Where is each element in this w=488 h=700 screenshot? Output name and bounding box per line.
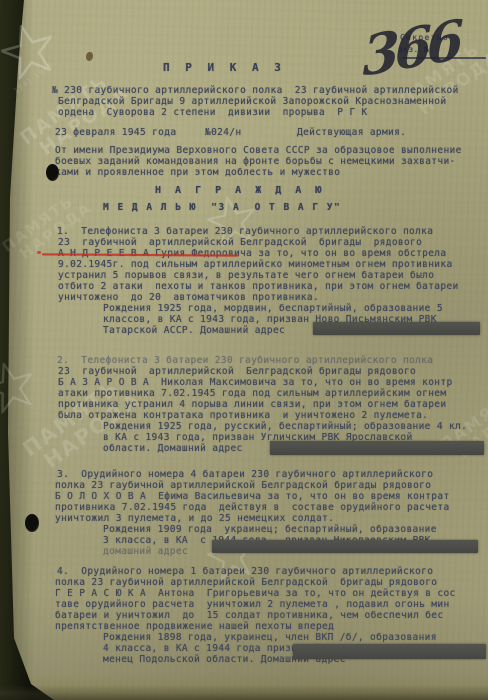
- award-heading: Н А Г Р А Ж Д А Ю: [155, 186, 325, 196]
- document-line: ордена Суворова 2 степени дивизии прорыв…: [58, 108, 368, 118]
- document-line: противника устранил 4 порыва линии связи…: [58, 400, 446, 410]
- awardee-name-line: Б А З А Р О В А Николая Максимовича за т…: [58, 378, 453, 388]
- document-line: батареи и уничтожил до 15 солдат противн…: [55, 611, 443, 621]
- document-line: ками и проявленное при этом доблесть и м…: [55, 168, 340, 178]
- document-line: полка 23 гаубичной артиллерийской Белгра…: [55, 578, 437, 588]
- document-line: 3. Орудийного номера 4 батареи 230 гауби…: [57, 470, 433, 480]
- red-pencil-dot: [37, 251, 41, 254]
- document-line: Белградской Бригады 9 артиллерийской Зап…: [58, 97, 446, 107]
- document-line: противника 7.02.1945 года действуя в сос…: [55, 503, 450, 513]
- document-line: уничтожил 3 пулемета, и до 25 немецких с…: [55, 514, 334, 524]
- redaction-bar: [293, 644, 486, 659]
- punch-hole: [46, 164, 59, 181]
- scanned-document-page: { "stamp": { "secret_label": "Секретно",…: [0, 0, 488, 700]
- document-line: 23 гаубичной артиллерийской Белградской …: [58, 238, 422, 248]
- army-note: Действующая армия.: [297, 128, 406, 138]
- document-line: Рождения 1925 года, русский, беспартийны…: [103, 422, 467, 432]
- document-line: Рождения 1909 года украинец; беспартийны…: [103, 525, 437, 535]
- document-line: препятственное продвижение нашей пехоты …: [55, 622, 334, 632]
- document-line: От имени Президиума Верховного Совета СС…: [55, 146, 462, 156]
- redaction-bar: [313, 322, 480, 335]
- document-line: боевых заданий командования на фронте бо…: [55, 157, 456, 167]
- document-line: была отражена контратака противника и ун…: [58, 411, 428, 421]
- document-line: атаки противника 7.02.1945 года под силь…: [58, 389, 446, 399]
- awardee-name-line: Г Е Р А С Ю К А Антона Григорьевича за т…: [55, 589, 456, 599]
- document-line: полка 23 гаубичной артиллерийской Белгра…: [55, 481, 431, 491]
- awardee-name-line: Б О Л О Х О В А Ефима Васильевича за то,…: [55, 492, 450, 502]
- redaction-bar: [212, 540, 478, 553]
- medal-heading: М Е Д А Л Ь Ю "З А О Т В А Г У": [103, 203, 341, 213]
- document-line: 2. Телефониста 3 батареи 230 гаубичного …: [57, 356, 433, 366]
- document-line: № 230 гаубичного артиллерийского полка 2…: [52, 86, 459, 96]
- bottom-shadow-band: [0, 685, 488, 700]
- punch-hole: [25, 514, 39, 532]
- document-line: 4. Орудийного номера 1 батареи 230 гауби…: [57, 567, 433, 577]
- paper-left-edge-shadow: [0, 0, 34, 700]
- date-line: 23 февраля 1945 года: [55, 128, 176, 138]
- document-line: домашний адрес: [103, 547, 188, 557]
- document-line: 9.02.1945г. под сильным артиллерийско ми…: [58, 260, 453, 270]
- document-line: 1. Телефониста 3 батареи 230 гаубичного …: [57, 227, 433, 237]
- document-title: П Р И К А З: [163, 63, 285, 73]
- document-line: Рождения 1898 года, украинец, член ВКП /…: [103, 633, 437, 643]
- document-line: отбито 2 атаки пехоты и танков противник…: [58, 282, 459, 292]
- redaction-bar: [270, 441, 484, 455]
- document-line: области. Домашний адрес: [103, 444, 243, 454]
- document-line: Рождения 1925 года, мордвин, беспартийны…: [103, 304, 443, 314]
- document-line: уничтожено до 20 автоматчиков противника…: [58, 293, 319, 303]
- order-number: №024/н: [205, 128, 241, 138]
- document-line: 23 гаубичной артиллерийской Белградской …: [58, 367, 416, 377]
- document-line: Татарской АССР. Домашний адрес: [103, 326, 285, 336]
- document-line: таве орудийного расчета уничтожил 2 пуле…: [55, 600, 450, 610]
- document-line: устранил 5 порывов связи, в результате ч…: [58, 271, 434, 281]
